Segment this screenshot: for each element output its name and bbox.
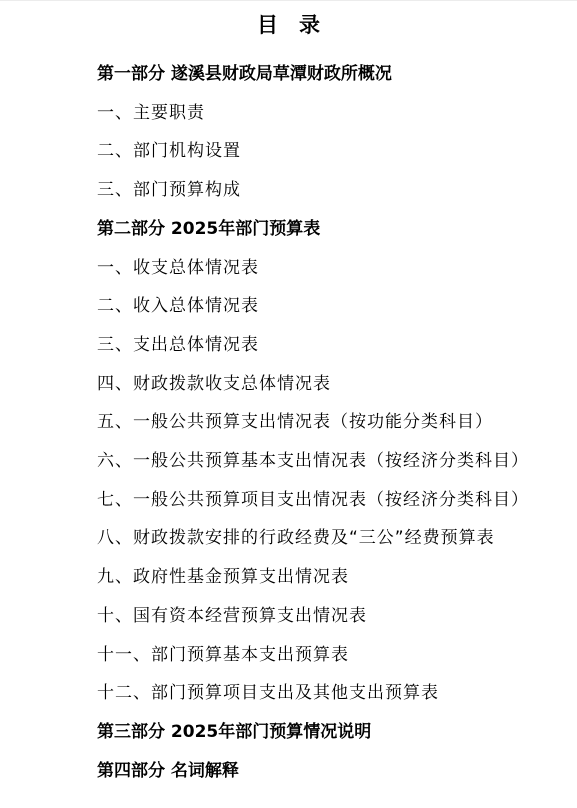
table-of-contents: 第一部分 遂溪县财政局草潭财政所概况 一、主要职责 二、部门机构设置 三、部门预… (97, 55, 547, 790)
toc-section-heading: 第四部分 名词解释 (97, 752, 547, 791)
toc-entry: 三、部门预算构成 (97, 171, 547, 210)
toc-entry: 二、部门机构设置 (97, 132, 547, 171)
toc-entry: 二、收入总体情况表 (97, 287, 547, 326)
toc-entry: 一、主要职责 (97, 94, 547, 133)
toc-entry: 七、一般公共预算项目支出情况表（按经济分类科目） (97, 481, 547, 520)
toc-entry: 十二、部门预算项目支出及其他支出预算表 (97, 674, 547, 713)
page-title: 目 录 (0, 10, 577, 40)
toc-section-heading: 第三部分 2025年部门预算情况说明 (97, 713, 547, 752)
toc-entry: 十、国有资本经营预算支出情况表 (97, 597, 547, 636)
toc-entry: 四、财政拨款收支总体情况表 (97, 365, 547, 404)
toc-entry: 八、财政拨款安排的行政经费及“三公”经费预算表 (97, 519, 547, 558)
toc-entry: 三、支出总体情况表 (97, 326, 547, 365)
toc-entry: 六、一般公共预算基本支出情况表（按经济分类科目） (97, 442, 547, 481)
toc-entry: 九、政府性基金预算支出情况表 (97, 558, 547, 597)
toc-section-heading: 第二部分 2025年部门预算表 (97, 210, 547, 249)
toc-entry: 一、收支总体情况表 (97, 249, 547, 288)
document-page: 目 录 第一部分 遂溪县财政局草潭财政所概况 一、主要职责 二、部门机构设置 三… (0, 0, 577, 808)
toc-entry: 十一、部门预算基本支出预算表 (97, 636, 547, 675)
toc-section-heading: 第一部分 遂溪县财政局草潭财政所概况 (97, 55, 547, 94)
toc-entry: 五、一般公共预算支出情况表（按功能分类科目） (97, 403, 547, 442)
